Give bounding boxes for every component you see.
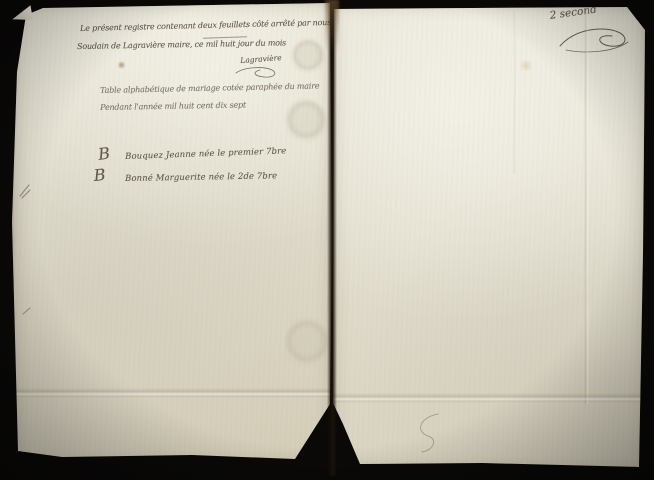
corner-note: 2 second — [549, 3, 598, 21]
right-page: 2 second — [332, 4, 646, 474]
manuscript-scan: Le présent registre contenant deux feuil… — [0, 0, 654, 480]
left-page: Le présent registre contenant deux feuil… — [12, 2, 332, 468]
seam-binding-tint — [325, 0, 339, 52]
certification-line-2: Soudain de Lagravière maire, ce mil huit… — [77, 38, 286, 51]
entry-initial: B — [93, 165, 106, 185]
pencil-mark — [22, 306, 32, 316]
signature-paraph — [234, 64, 280, 80]
entry-text: Bouquez Jeanne née le premier 7bre — [125, 146, 287, 162]
entry-text: Bonné Marguerite née le 2de 7bre — [125, 171, 277, 184]
fold-crease — [332, 393, 646, 403]
paper-stain — [518, 60, 534, 71]
dog-ear-fold — [12, 5, 33, 20]
pencil-squiggle — [408, 412, 448, 456]
fold-crease — [12, 388, 332, 398]
table-title-line-1: Table alphabétique de mariage cotée para… — [100, 81, 319, 95]
pencil-mark — [18, 182, 32, 200]
entry-initial: B — [97, 144, 111, 164]
certification-line-1: Le présent registre contenant deux feuil… — [80, 18, 331, 33]
page-fold-seam — [327, 0, 337, 476]
fold-crease — [584, 8, 589, 404]
embossed-seal — [284, 316, 330, 372]
embossed-seal — [290, 38, 326, 76]
fold-crease — [513, 10, 518, 174]
corner-note-paraph — [556, 24, 634, 54]
ink-stain — [117, 61, 126, 69]
embossed-seal — [284, 98, 328, 146]
table-title-line-2: Pendant l'année mil huit cent dix sept — [100, 100, 246, 112]
